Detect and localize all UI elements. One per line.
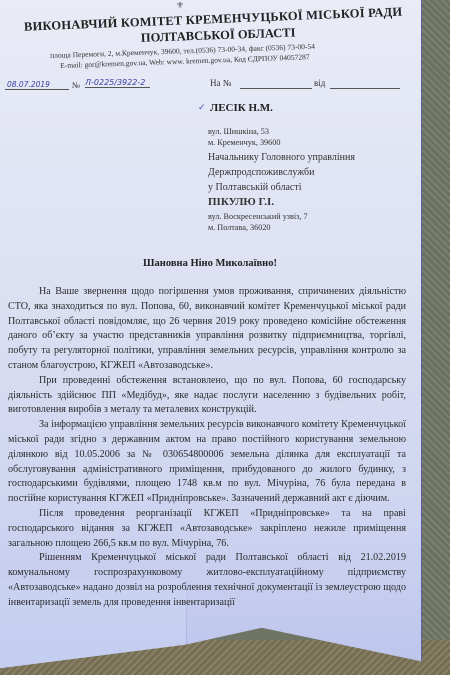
background-surface xyxy=(420,0,450,675)
outgoing-number: Л-0225/3922-2 xyxy=(85,78,150,88)
addressee1-name: ЛЕСІК Н.М. xyxy=(210,102,273,114)
addressee1-city: м. Кременчук, 39600 xyxy=(208,137,280,148)
check-mark-icon: ✓ xyxy=(198,102,206,113)
outgoing-date: 08.07.2019 xyxy=(5,80,69,90)
addressee2-city: м. Полтава, 36020 xyxy=(208,222,308,233)
addressee2-address: вул. Воскресенський узвіз, 7 м. Полтава,… xyxy=(208,211,308,233)
outgoing-registration: 08.07.2019 № Л-0225/3922-2 xyxy=(5,80,145,94)
paragraph: Після проведення реорганізації КГЖЕП «Пр… xyxy=(8,507,406,551)
addressee2-street: вул. Воскресенський узвіз, 7 xyxy=(208,211,308,222)
addressee1-address: вул. Шишкіна, 53 м. Кременчук, 39600 xyxy=(208,126,280,148)
addressee2-position-line1: Начальнику Головного управління xyxy=(208,150,355,165)
paragraph: Рішенням Кременчуцької міської ради Полт… xyxy=(8,551,406,610)
reply-date-blank xyxy=(330,88,400,89)
paragraph: За інформацією управління земельних ресу… xyxy=(8,418,406,507)
paragraph: При проведенні обстеження встановлено, щ… xyxy=(8,374,406,418)
outgoing-number-label: № xyxy=(72,80,80,90)
addressee1-street: вул. Шишкіна, 53 xyxy=(208,126,280,137)
addressee2-position-line2: Держпродспоживслужби xyxy=(208,165,355,180)
addressee2-name: ПІКУЛЮ Г.І. xyxy=(208,195,355,210)
reply-number-label: На № xyxy=(210,78,231,88)
addressee2-position-line3: у Полтавській області xyxy=(208,180,355,195)
paragraph: На Ваше звернення щодо погіршення умов п… xyxy=(8,285,406,374)
addressee2-block: Начальнику Головного управління Держпрод… xyxy=(208,150,355,210)
letter-paper: ⚜ ВИКОНАВЧИЙ КОМІТЕТ КРЕМЕНЧУЦЬКОЇ МІСЬК… xyxy=(0,0,422,675)
reply-date-label: від xyxy=(314,78,325,88)
coat-of-arms-icon: ⚜ xyxy=(170,0,190,10)
letter-body: На Ваше звернення щодо погіршення умов п… xyxy=(8,285,406,611)
reply-number-blank xyxy=(240,88,312,89)
salutation: Шановна Ніно Миколаївно! xyxy=(0,258,420,269)
